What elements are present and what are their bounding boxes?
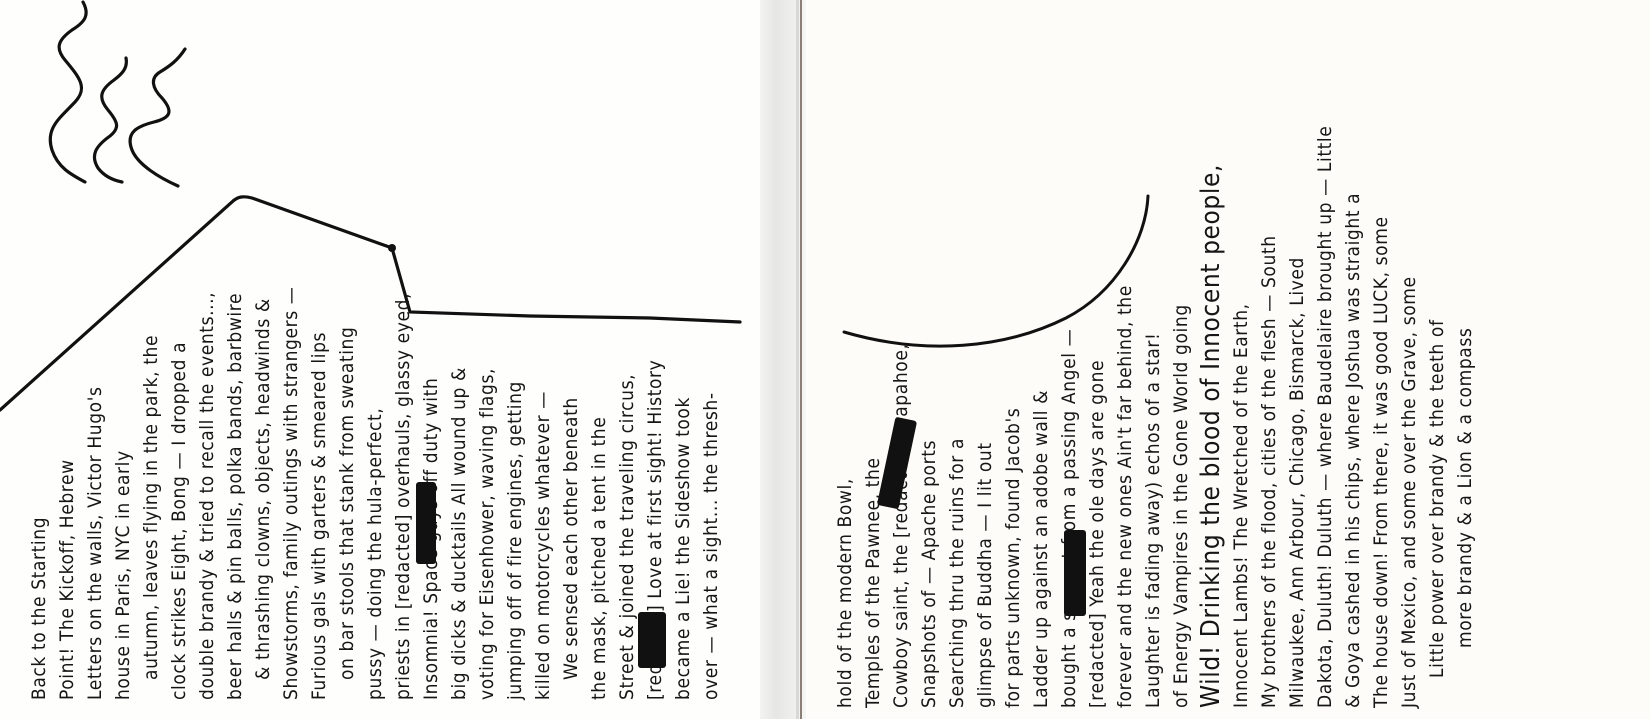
left-page: Back to the Starting Point! The Kickoff,… (0, 0, 760, 719)
redaction-mark (416, 482, 436, 564)
right-page: hold of the modern Bowl, Temples of the … (806, 0, 1650, 719)
text-line: killed on motorcycles whatever — (534, 391, 553, 700)
text-line: became a Lie! the Sideshow took (674, 397, 693, 700)
text-line: of Energy Vampires in the Gone World goi… (1172, 304, 1191, 708)
text-line: forever and the new ones Ain't far behin… (1116, 285, 1135, 708)
corner-dot (388, 244, 396, 252)
text-line: double brandy & tried to recall the even… (198, 292, 217, 700)
text-line: house in Paris, NYC in early (114, 450, 133, 700)
text-line: big dicks & ducktails All wound up & (450, 367, 469, 700)
page-edge-line (800, 0, 802, 719)
text-line: on bar stools that stank from sweating (338, 327, 357, 680)
text-line: Back to the Starting (30, 517, 49, 700)
text-line: hold of the modern Bowl, (836, 478, 855, 708)
text-line: glimpse of Buddha — I lit out (976, 442, 995, 708)
text-line: Ladder up against an adobe wall & (1032, 390, 1051, 708)
curved-arc (844, 196, 1148, 346)
text-line: Showstorms, family outings with stranger… (282, 287, 301, 701)
text-line: Cowboy saint, the [redacted] Arapahoe, (892, 344, 911, 708)
text-line: Street & joined the traveling circus, (618, 374, 637, 700)
text-line: Dakota, Duluth! Duluth — where Baudelair… (1316, 126, 1335, 708)
wavy-line-1 (50, 2, 86, 182)
text-line: voting for Eisenhower, waving flags, (478, 368, 497, 700)
text-line: Little power over brandy & the teeth of (1428, 319, 1447, 678)
wavy-line-2 (94, 58, 126, 182)
text-line: over — what a sight... the thresh- (702, 392, 721, 700)
text-line: [redacted] Yeah the ole days are gone (1088, 360, 1107, 708)
text-line: & thrashing clowns, objects, headwinds & (254, 298, 273, 680)
text-line: My brothers of the flood, cities of the … (1260, 235, 1279, 708)
text-line: Just of Mexico, and some over the Grave,… (1400, 276, 1419, 708)
text-line: & Goya cashed in his chips, where Joshua… (1344, 193, 1363, 708)
text-line: The house down! From there, it was good … (1372, 216, 1391, 708)
text-line: pussy — doing the hula-perfect, (366, 408, 385, 700)
redaction-mark (1064, 530, 1086, 616)
redaction-mark (638, 612, 666, 668)
text-line: clock strikes Eight, Bong — I dropped a (170, 342, 189, 700)
text-line: Searching thru the ruins for a (948, 438, 967, 708)
text-line: Laughter is fading away) echos of a star… (1144, 332, 1163, 708)
text-line: We sensed each other beneath (562, 397, 581, 680)
scanned-spread: Back to the Starting Point! The Kickoff,… (0, 0, 1650, 719)
text-line: Snapshots of — Apache ports (920, 440, 939, 708)
text-line: for parts unknown, found Jacob's (1004, 408, 1023, 708)
text-line: priests in [redacted] overhauls, glassy … (394, 293, 413, 700)
text-line: Letters on the walls, Victor Hugo's (86, 386, 105, 700)
wavy-line-3 (130, 49, 185, 186)
text-line: Point! The Kickoff, Hebrew (58, 459, 77, 700)
text-line: more brandy & a Lion & a compass (1456, 328, 1475, 648)
text-line: the mask, pitched a tent in the (590, 417, 609, 700)
text-line: jumping off of fire engines, getting (506, 381, 525, 700)
text-line: autumn, leaves flying in the park, the (142, 335, 161, 680)
text-line: Furious gals with garters & smeared lips (310, 332, 329, 700)
text-line: Milwaukee, Ann Arbour, Chicago, Bismarck… (1288, 257, 1307, 708)
text-line: Innocent Lambs! The Wretched of the Eart… (1232, 303, 1251, 708)
text-line: Wild! Drinking the blood of Innocent peo… (1198, 164, 1224, 708)
text-line: beer halls & pin balls, polka bands, bar… (226, 293, 245, 700)
gutter-shadow (796, 0, 799, 719)
text-line: bought a serpent from a passing Angel — (1060, 329, 1079, 708)
